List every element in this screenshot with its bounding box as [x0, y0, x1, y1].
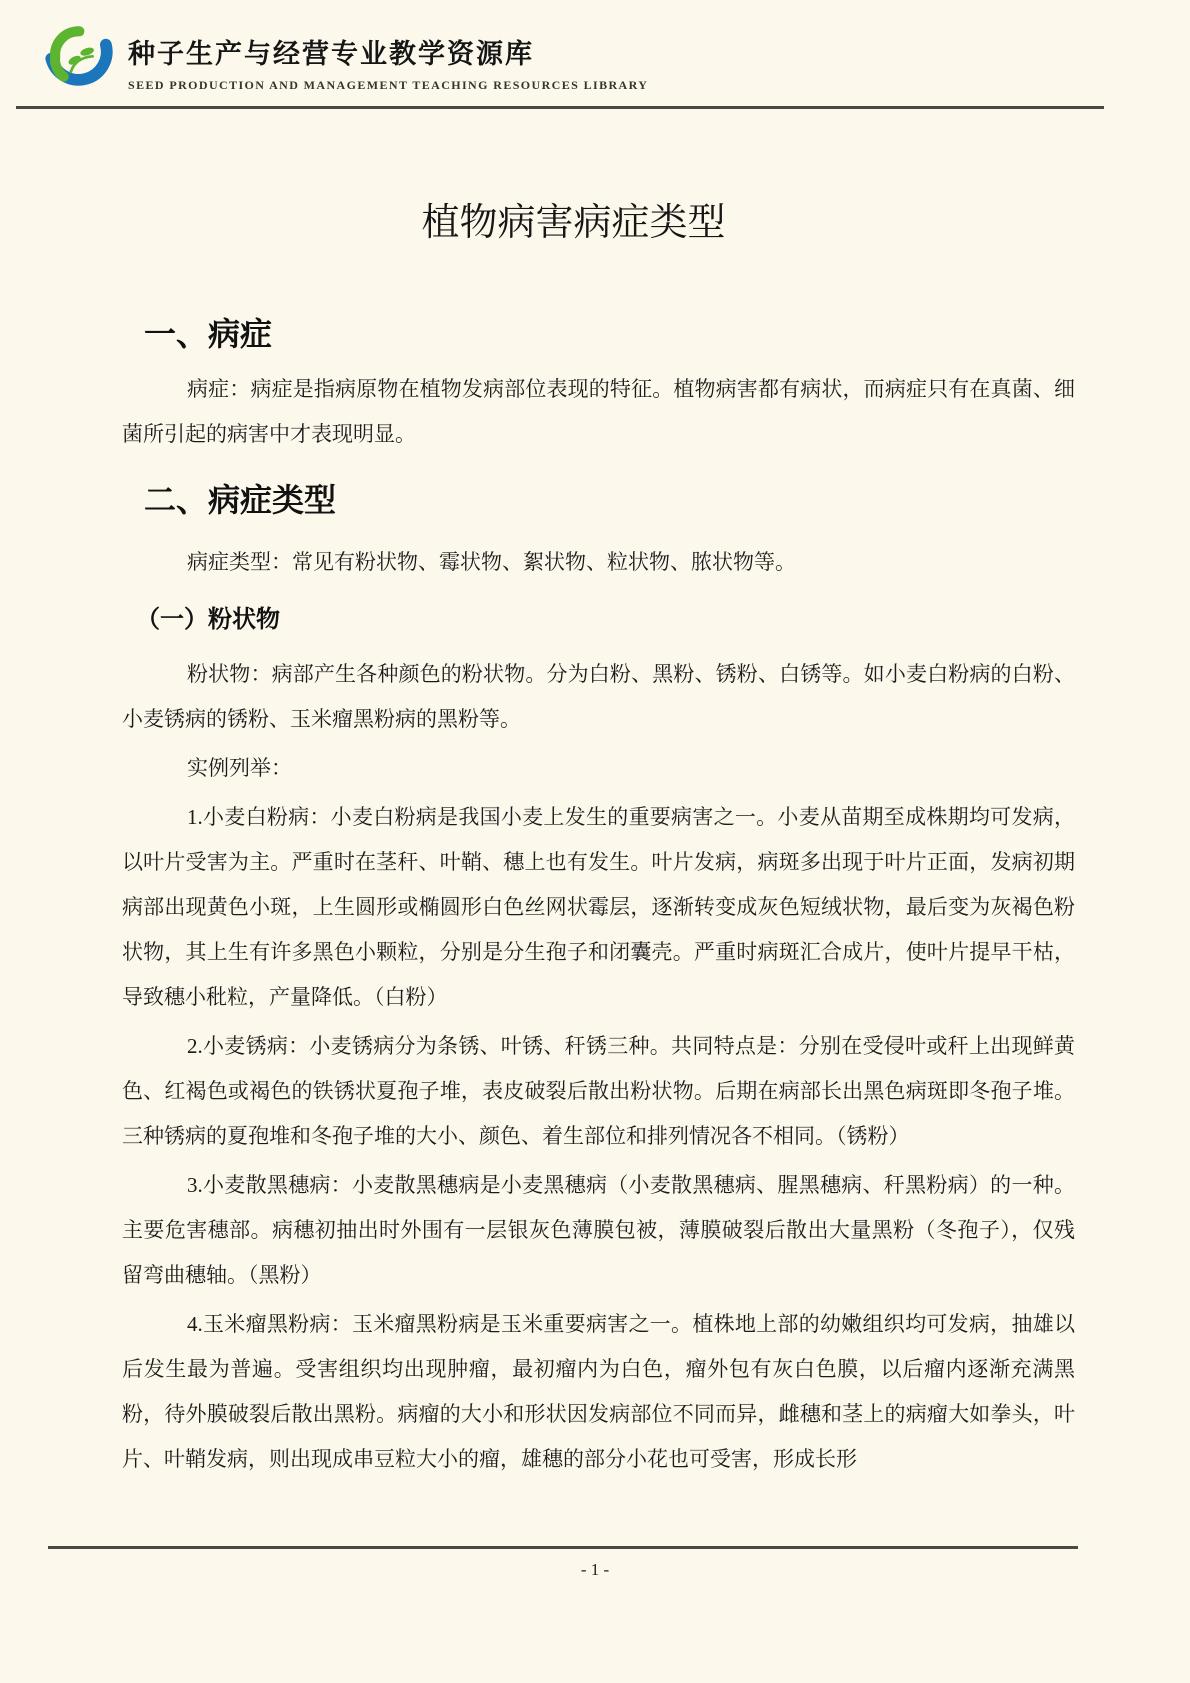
seed-library-logo-icon	[38, 22, 116, 100]
organization-name-block: 种子生产与经营专业教学资源库 SEED PRODUCTION AND MANAG…	[128, 32, 648, 93]
footer-divider	[48, 1546, 1078, 1549]
paragraph: 病症：病症是指病原物在植物发病部位表现的特征。植物病害都有病状，而病症只有在真菌…	[122, 367, 1075, 457]
document-page: 种子生产与经营专业教学资源库 SEED PRODUCTION AND MANAG…	[0, 0, 1190, 1683]
section-heading-2: 二、病症类型	[144, 482, 1075, 518]
header-divider	[16, 106, 1104, 109]
paragraph-example-4: 4.玉米瘤黑粉病：玉米瘤黑粉病是玉米重要病害之一。植株地上部的幼嫩组织均可发病，…	[122, 1302, 1075, 1482]
paragraph: 病症类型：常见有粉状物、霉状物、絮状物、粒状物、脓状物等。	[122, 540, 1075, 585]
paragraph-example-3: 3.小麦散黑穗病：小麦散黑穗病是小麦黑穗病（小麦散黑穗病、腥黑穗病、秆黑粉病）的…	[122, 1163, 1075, 1298]
logo-green-swirl	[55, 31, 79, 76]
paragraph-example-2: 2.小麦锈病：小麦锈病分为条锈、叶锈、秆锈三种。共同特点是：分别在受侵叶或秆上出…	[122, 1024, 1075, 1159]
paragraph-examples-label: 实例列举：	[122, 746, 1075, 791]
paragraph-example-1: 1.小麦白粉病：小麦白粉病是我国小麦上发生的重要病害之一。小麦从苗期至成株期均可…	[122, 795, 1075, 1020]
document-title: 植物病害病症类型	[122, 202, 1075, 244]
page-number: - 1 -	[0, 1560, 1190, 1580]
document-body: 植物病害病症类型 一、病症 病症：病症是指病原物在植物发病部位表现的特征。植物病…	[0, 110, 1190, 1482]
organization-name-en: SEED PRODUCTION AND MANAGEMENT TEACHING …	[128, 78, 648, 93]
page-header: 种子生产与经营专业教学资源库 SEED PRODUCTION AND MANAG…	[0, 0, 1190, 110]
organization-name-cn: 种子生产与经营专业教学资源库	[128, 32, 648, 71]
section-heading-1: 一、病症	[144, 316, 1075, 352]
subsection-heading-powdery: （一）粉状物	[136, 606, 1075, 634]
paragraph: 粉状物：病部产生各种颜色的粉状物。分为白粉、黑粉、锈粉、白锈等。如小麦白粉病的白…	[122, 652, 1075, 742]
